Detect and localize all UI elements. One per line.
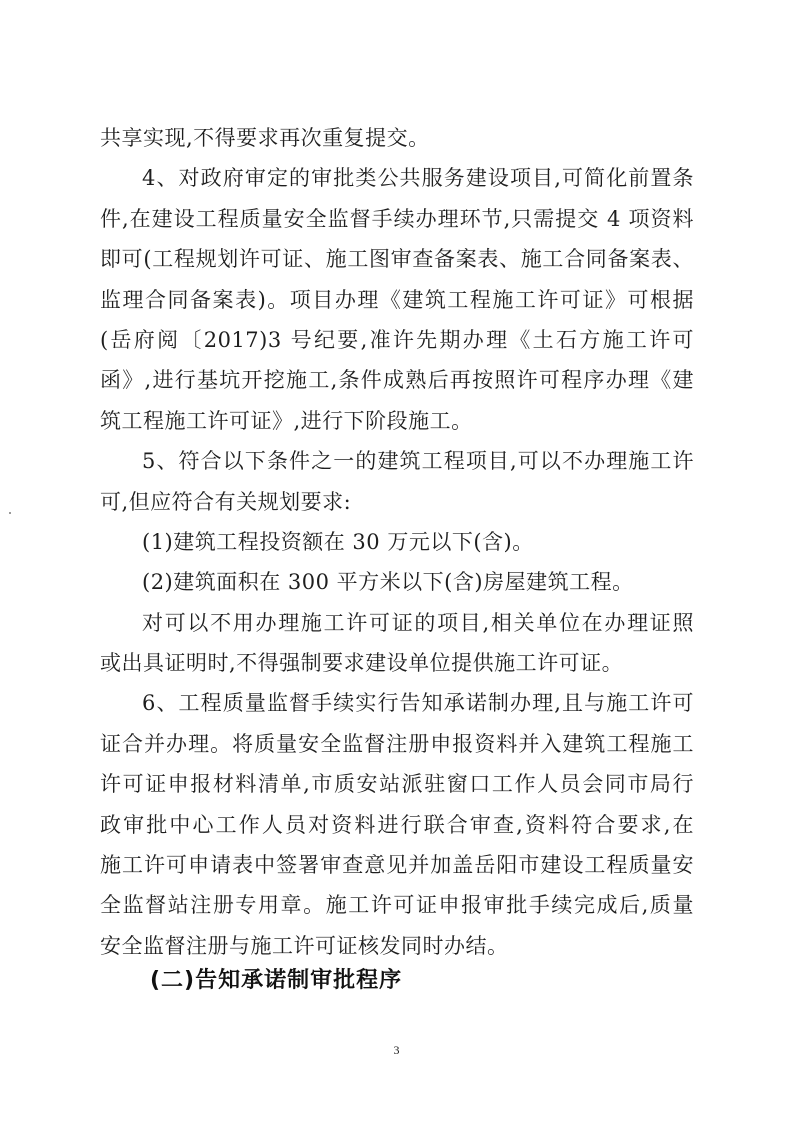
paragraph-line-item-6: 6、工程质量监督手续实行告知承诺制办理,且与施工许可 (100, 683, 694, 723)
paragraph-line: 对可以不用办理施工许可证的项目,相关单位在办理证照 (100, 603, 694, 643)
sub-item-1: (1)建筑工程投资额在 30 万元以下(含)。 (100, 522, 694, 562)
paragraph-line: 函》,进行基坑开挖施工,条件成熟后再按照许可程序办理《建 (100, 360, 694, 400)
paragraph-line: 施工许可申请表中签署审查意见并加盖岳阳市建设工程质量安 (100, 845, 694, 885)
paragraph-line: 安全监督注册与施工许可证核发同时办结。 (100, 926, 694, 966)
scan-speck (9, 512, 11, 514)
paragraph-line: (岳府阅〔2017)3 号纪要,准许先期办理《土石方施工许可 (100, 320, 694, 360)
paragraph-line: 政审批中心工作人员对资料进行联合审查,资料符合要求,在 (100, 805, 694, 845)
paragraph-line: 全监督站注册专用章。施工许可证申报审批手续完成后,质量 (100, 885, 694, 925)
document-page: 共享实现,不得要求再次重复提交。 4、对政府审定的审批类公共服务建设项目,可简化… (0, 0, 793, 1122)
paragraph-line: 筑工程施工许可证》,进行下阶段施工。 (100, 401, 694, 441)
page-number: 3 (0, 1043, 793, 1058)
paragraph-line: 即可(工程规划许可证、施工图审查备案表、施工合同备案表、 (100, 239, 694, 279)
body-text: 共享实现,不得要求再次重复提交。 4、对政府审定的审批类公共服务建设项目,可简化… (100, 118, 694, 966)
paragraph-line: 可,但应符合有关规划要求: (100, 482, 694, 522)
section-heading: (二)告知承诺制审批程序 (150, 963, 402, 994)
paragraph-line: 监理合同备案表)。项目办理《建筑工程施工许可证》可根据 (100, 280, 694, 320)
paragraph-line: 证合并办理。将质量安全监督注册申报资料并入建筑工程施工 (100, 724, 694, 764)
paragraph-line-item-5: 5、符合以下条件之一的建筑工程项目,可以不办理施工许 (100, 441, 694, 481)
paragraph-line: 许可证申报材料清单,市质安站派驻窗口工作人员会同市局行 (100, 764, 694, 804)
sub-item-2: (2)建筑面积在 300 平方米以下(含)房屋建筑工程。 (100, 562, 694, 602)
paragraph-line: 件,在建设工程质量安全监督手续办理环节,只需提交 4 项资料 (100, 199, 694, 239)
paragraph-line: 或出具证明时,不得强制要求建设单位提供施工许可证。 (100, 643, 694, 683)
paragraph-line: 共享实现,不得要求再次重复提交。 (100, 118, 694, 158)
paragraph-line-item-4: 4、对政府审定的审批类公共服务建设项目,可简化前置条 (100, 158, 694, 198)
